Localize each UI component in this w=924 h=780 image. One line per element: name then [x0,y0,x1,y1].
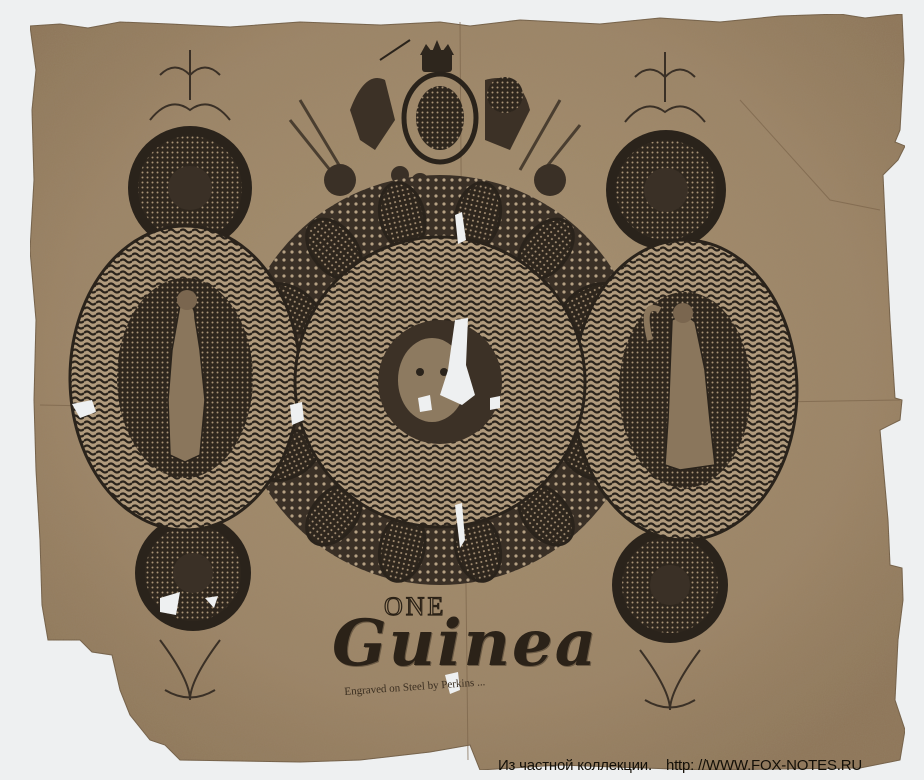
center-medallion [295,237,585,527]
caption-text-ru: Из частной коллекции. [498,757,652,774]
rosette-bottom-right [612,527,728,643]
rosette-top-right [606,130,726,250]
left-medallion [70,226,300,530]
denomination-name: Guinea [332,606,598,681]
right-medallion [573,240,797,540]
collection-caption: Из частной коллекции.http: //WWW.FOX-NOT… [490,740,876,774]
rosette-bottom-left [135,515,251,631]
caption-url: http: //WWW.FOX-NOTES.RU [666,757,862,774]
